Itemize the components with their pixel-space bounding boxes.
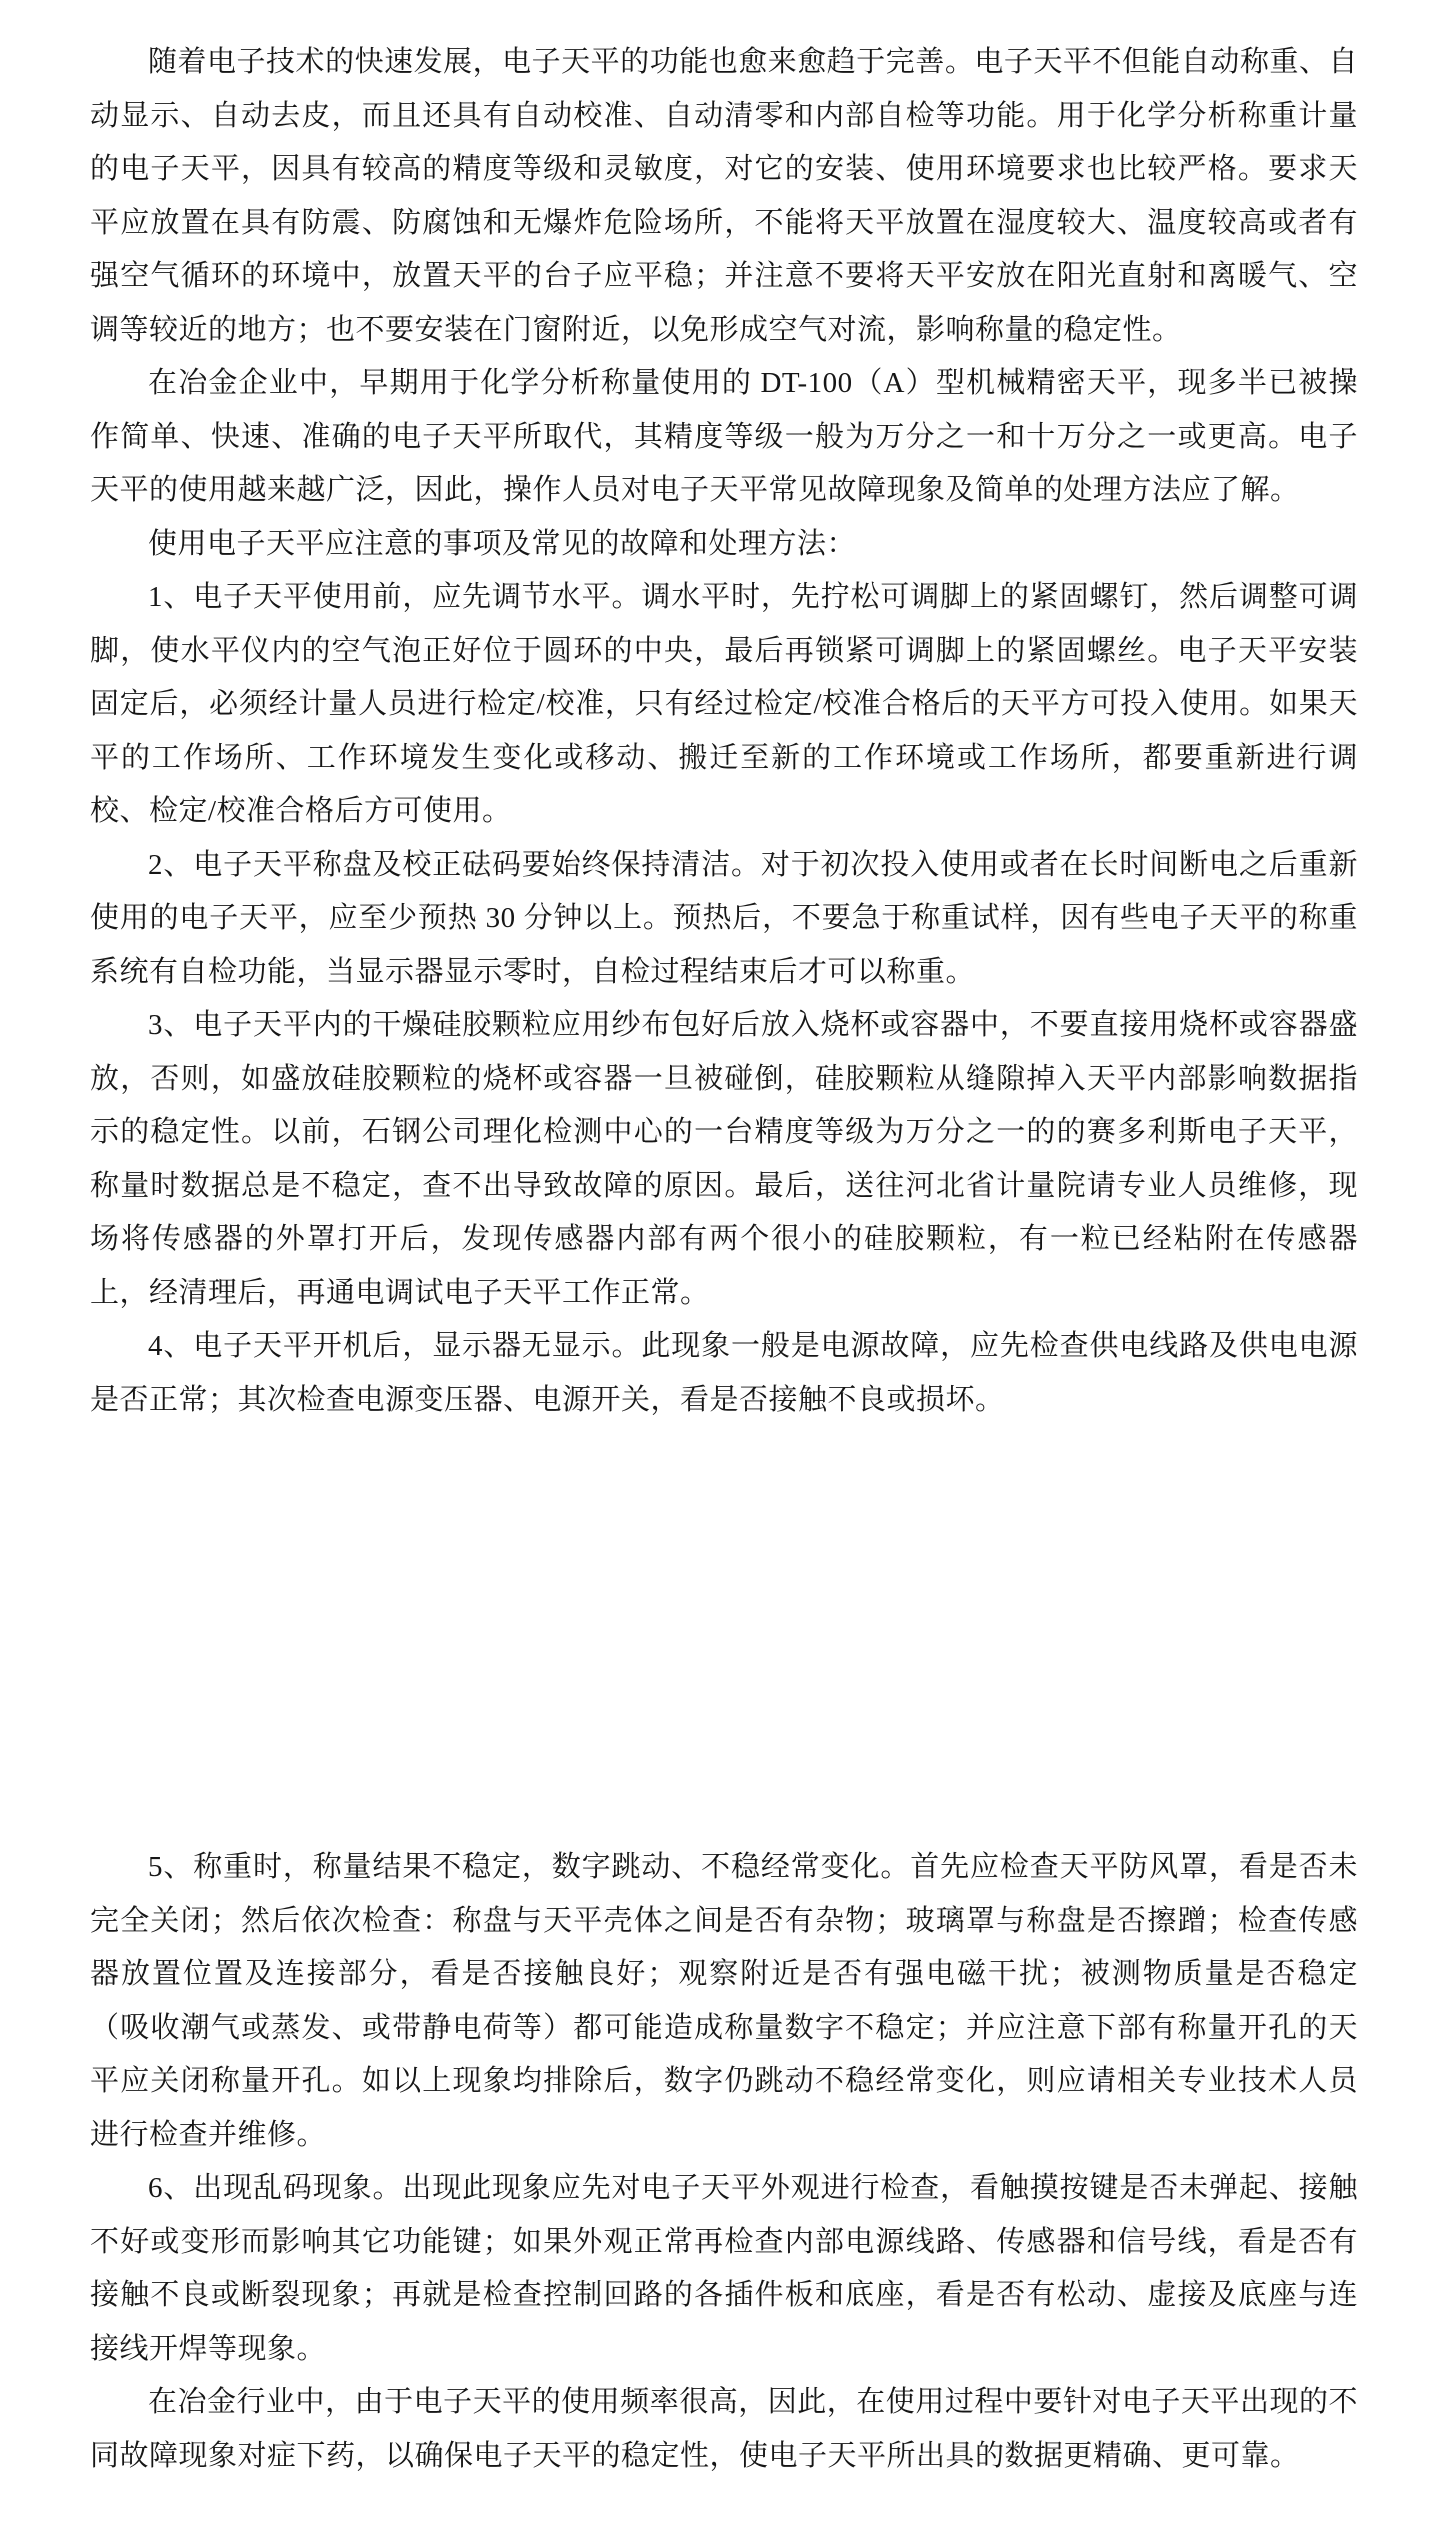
paragraph: 在冶金企业中，早期用于化学分析称量使用的 DT-100（A）型机械精密天平，现多… [90, 357, 1358, 518]
paragraph: 2、电子天平称盘及校正砝码要始终保持清洁。对于初次投入使用或者在长时间断电之后重… [90, 839, 1358, 1000]
paragraph: 在冶金行业中，由于电子天平的使用频率很高，因此，在使用过程中要针对电子天平出现的… [90, 2376, 1358, 2483]
document-body-lower: 5、称重时，称量结果不稳定，数字跳动、不稳经常变化。首先应检查天平防风罩，看是否… [90, 1841, 1358, 2483]
paragraph: 1、电子天平使用前，应先调节水平。调水平时，先拧松可调脚上的紧固螺钉，然后调整可… [90, 571, 1358, 839]
blank-gap [0, 1427, 1446, 1841]
paragraph: 5、称重时，称量结果不稳定，数字跳动、不稳经常变化。首先应检查天平防风罩，看是否… [90, 1841, 1358, 2162]
document-body-upper: 随着电子技术的快速发展，电子天平的功能也愈来愈趋于完善。电子天平不但能自动称重、… [90, 36, 1358, 1427]
paragraph: 使用电子天平应注意的事项及常见的故障和处理方法： [90, 518, 1358, 572]
paragraph: 3、电子天平内的干燥硅胶颗粒应用纱布包好后放入烧杯或容器中，不要直接用烧杯或容器… [90, 999, 1358, 1320]
paragraph: 随着电子技术的快速发展，电子天平的功能也愈来愈趋于完善。电子天平不但能自动称重、… [90, 36, 1358, 357]
paragraph: 4、电子天平开机后，显示器无显示。此现象一般是电源故障，应先检查供电线路及供电电… [90, 1320, 1358, 1427]
document-page: 随着电子技术的快速发展，电子天平的功能也愈来愈趋于完善。电子天平不但能自动称重、… [0, 0, 1446, 2531]
paragraph: 6、出现乱码现象。出现此现象应先对电子天平外观进行检查，看触摸按键是否未弹起、接… [90, 2162, 1358, 2376]
